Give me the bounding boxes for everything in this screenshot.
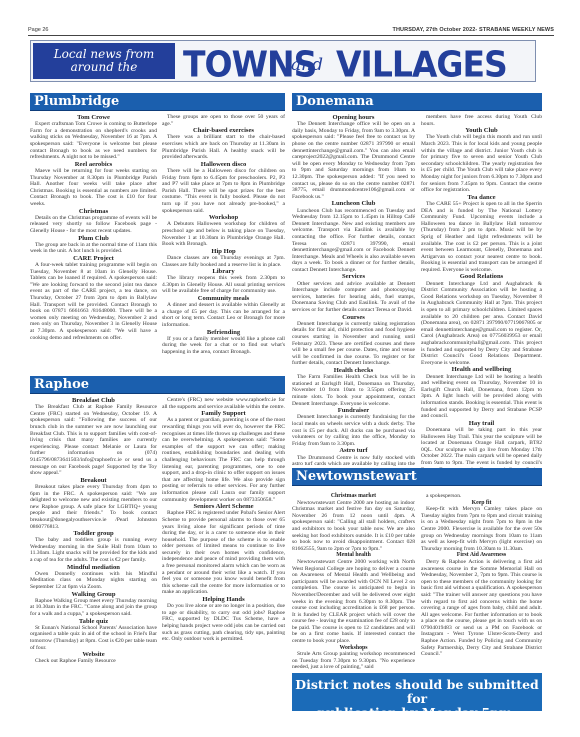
article-heading: Services xyxy=(292,273,415,280)
article-body: Dennett Interchange Ltd and Aughabrack &… xyxy=(421,281,542,367)
donemana-column-2: members have free access during Youth Cl… xyxy=(421,114,542,480)
dateline: THURSDAY, 27th October 2022- STRABANE WE… xyxy=(393,27,554,33)
article-body: Dennett Interchange Ltd will be hosting … xyxy=(421,374,542,420)
article-body: Other services and advice available at D… xyxy=(292,281,415,314)
article-body: Raphoe Walking Group meet every Thursday… xyxy=(30,598,157,618)
banner-tagline: Local news from around the xyxy=(33,43,175,79)
notice-line-2: publication by Monday 5pm. xyxy=(292,706,542,720)
article-body: Luncheon Club has recommenced on Tuesday… xyxy=(292,208,415,274)
article-heading: Health and wellbeing xyxy=(421,366,542,373)
article-body: Check out Raphoe Family Resource xyxy=(30,658,157,665)
article-body: a spokesperson. xyxy=(421,493,542,500)
newtownstewart-column-1: Christmas marketNewtownstewart Centre 20… xyxy=(292,493,415,671)
plumbridge-column-2: These groups are open to those over 50 y… xyxy=(162,114,285,356)
article-body: Keep-fit with Mervyn Camley takes place … xyxy=(421,506,542,552)
article-body: The CARE 55+ Project is open to all in t… xyxy=(421,201,542,274)
article-heading: Plum Club xyxy=(30,235,157,242)
article-heading: Halloween disco xyxy=(162,161,285,168)
article-heading: Website xyxy=(30,651,157,658)
section-banner: Local news from around the TOWNS and VIL… xyxy=(30,40,536,82)
running-header: Page 26 THURSDAY, 27th October 2022- STR… xyxy=(28,24,554,36)
article-body: The Dennett Interchange office will be o… xyxy=(292,121,415,200)
article-heading: Chair-based exercises xyxy=(162,127,285,134)
banner-and: and xyxy=(291,55,323,75)
article-body: There will be a Halloween disco for chil… xyxy=(162,168,285,214)
article-body: Dance classes are on Thursday evenings a… xyxy=(162,255,285,268)
article-body: The library reopens this week from 2.30p… xyxy=(162,275,285,295)
article-body: Do you live alone or are no longer in a … xyxy=(162,603,285,643)
article-heading: Tea dance xyxy=(421,194,542,201)
banner-line-2: around the xyxy=(33,61,175,74)
article-body: Strule Arts Group painting workshop reco… xyxy=(292,651,415,671)
article-heading: Courses xyxy=(292,314,415,321)
article-heading: Youth Club xyxy=(421,127,542,134)
article-body: The baby and toddlers group is running e… xyxy=(30,537,157,563)
article-body: A four-week tablet training programme wi… xyxy=(30,262,157,341)
notice-line-1: District notes should be submitted for xyxy=(292,678,542,706)
article-body: These groups are open to those over 50 y… xyxy=(162,114,285,127)
article-heading: Toddler group xyxy=(30,530,157,537)
article-body: The Youth club will begin this month and… xyxy=(421,134,542,193)
article-heading: Luncheon Club xyxy=(292,200,415,207)
article-heading: Table quiz xyxy=(30,618,157,625)
article-body: The group are back in at the normal time… xyxy=(30,242,157,255)
newtownstewart-column-2: a spokesperson.Keep fitKeep-fit with Mer… xyxy=(421,493,542,658)
article-body: As a parent or guardian, parenting is on… xyxy=(162,417,285,503)
article-body: Derry & Raphoe Action is delivering a fi… xyxy=(421,559,542,658)
article-heading: Mindful mediation xyxy=(30,564,157,571)
article-body: Centre's (FRC) new website www.raphoefrc… xyxy=(162,397,285,410)
article-body: Newtownstewart Centre 2000 are hosting a… xyxy=(292,500,415,553)
section-header-plumbridge: Plumbridge xyxy=(30,93,285,111)
article-body: members have free access during Youth Cl… xyxy=(421,114,542,127)
article-heading: Good Relations xyxy=(421,273,542,280)
article-heading: First Aid Awareness xyxy=(421,552,542,559)
article-heading: Health checks xyxy=(292,367,415,374)
article-heading: Christmas market xyxy=(292,493,415,500)
submission-notice: District notes should be submitted for p… xyxy=(292,673,542,711)
section-header-raphoe: Raphoe xyxy=(30,376,285,394)
article-body: Maeve will be returning for four weeks s… xyxy=(30,168,157,208)
article-heading: Christmas xyxy=(30,208,157,215)
raphoe-column-1: Breakfast ClubThe Breakfast Club at Raph… xyxy=(30,397,157,665)
article-heading: Hay trail xyxy=(421,420,542,427)
article-body: Expert craftsman Tom Crowe is coming to … xyxy=(30,121,157,161)
article-heading: Reel aerobics xyxy=(30,161,157,168)
article-body: Dennett Interchange is currently fundrai… xyxy=(292,414,415,447)
article-body: If you or a family member would like a p… xyxy=(162,336,285,356)
article-body: A dinner and dessert is available within… xyxy=(162,302,285,328)
article-heading: Befriending xyxy=(162,329,285,336)
plumbridge-column-1: Tom CroweExpert craftsman Tom Crowe is c… xyxy=(30,114,157,341)
article-heading: Walking Group xyxy=(30,591,157,598)
article-body: The Farm Families Health Check bus will … xyxy=(292,374,415,407)
section-header-donemana: Donemana xyxy=(292,93,542,111)
article-heading: Hip Hop xyxy=(162,248,285,255)
article-heading: Astro turf xyxy=(292,447,415,454)
page-number: Page 26 xyxy=(28,27,49,33)
banner-villages: VILLAGES xyxy=(336,43,507,85)
article-heading: Helping Hands xyxy=(162,596,285,603)
article-body: St Eunan's National School Parents' Asso… xyxy=(30,625,157,651)
article-body: The Breakfast Club at Raphoe Family Reso… xyxy=(30,404,157,477)
donemana-column-1: Opening hoursThe Dennett Interchange off… xyxy=(292,114,415,481)
article-body: Raphoe FRC is registered under Pobal's S… xyxy=(162,510,285,596)
article-body: Dennett Interchange is currently taking … xyxy=(292,321,415,367)
raphoe-column-2: Centre's (FRC) new website www.raphoefrc… xyxy=(162,397,285,643)
article-body: Newtownstewart Centre 2000 working with … xyxy=(292,559,415,645)
article-body: A Debutots Halloween workshop for childr… xyxy=(162,221,285,247)
article-heading: Workshops xyxy=(292,645,415,652)
article-body: Breakout takes place every Thursday from… xyxy=(30,484,157,530)
article-heading: Community meals xyxy=(162,295,285,302)
article-body: There was a brilliant start to the chair… xyxy=(162,134,285,160)
article-heading: Seniors Alert Scheme xyxy=(162,503,285,510)
article-heading: Breakout xyxy=(30,477,157,484)
article-heading: Mental health xyxy=(292,552,415,559)
section-header-newtownstewart: Newtownstewart xyxy=(292,468,542,486)
article-body: Details on the Christmas programme of ev… xyxy=(30,215,157,235)
article-body: Owen Donnelly continues with his Mindful… xyxy=(30,571,157,591)
